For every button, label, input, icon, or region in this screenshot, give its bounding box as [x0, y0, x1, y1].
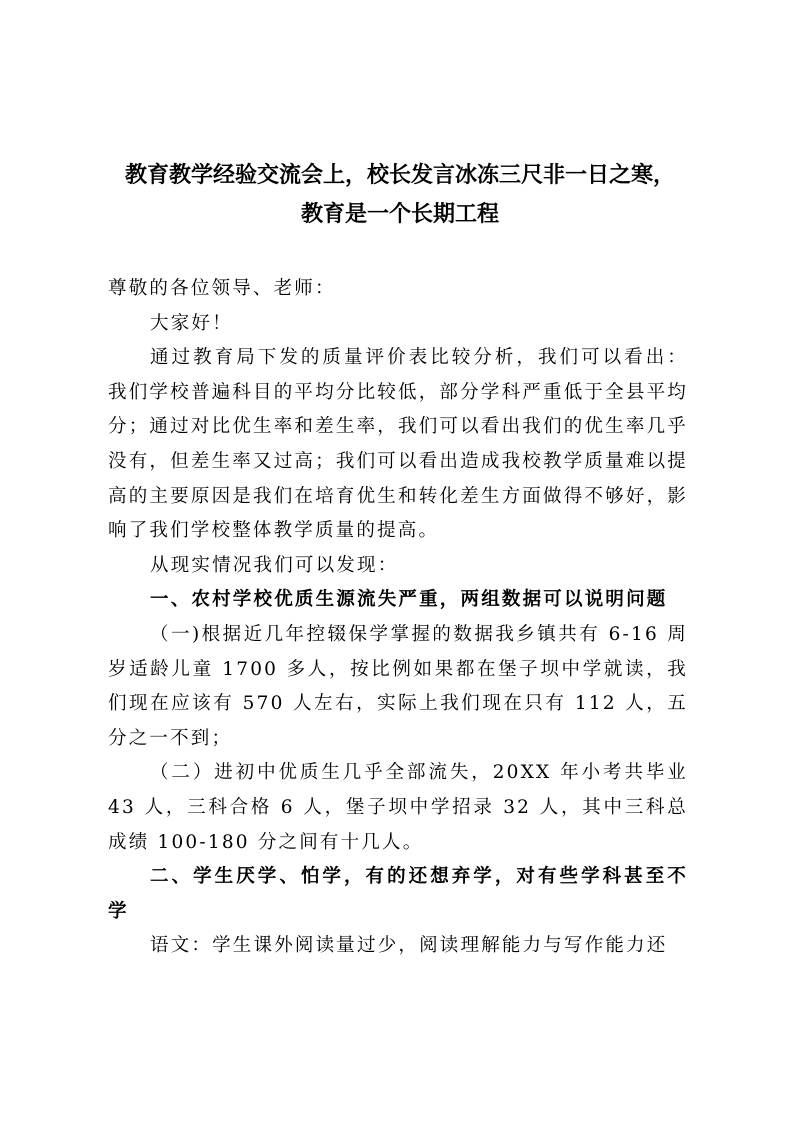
title-line-2: 教育是一个长期工程 [100, 195, 700, 234]
paragraph-intro: 从现实情况我们可以发现： [108, 549, 688, 584]
document-page: 教育教学经验交流会上，校长发言冰冻三尺非一日之寒， 教育是一个长期工程 尊敬的各… [0, 0, 793, 1122]
section-2-heading: 二、学生厌学、怕学，有的还想弃学，对有些学科甚至不学 [108, 860, 688, 929]
section-1-heading: 一、农村学校优质生源流失严重，两组数据可以说明问题 [108, 583, 688, 618]
paragraph-analysis: 通过教育局下发的质量评价表比较分析，我们可以看出：我们学校普遍科目的平均分比较低… [108, 341, 688, 549]
salutation: 尊敬的各位领导、老师： [108, 272, 688, 307]
section-1-item-1: （一)根据近几年控辍保学掌握的数据我乡镇共有 6-16 周岁适龄儿童 1700 … [108, 618, 688, 756]
section-1-item-2: （二）进初中优质生几乎全部流失，20XX 年小考共毕业 43 人，三科合格 6 … [108, 756, 688, 860]
document-body: 尊敬的各位领导、老师： 大家好！ 通过教育局下发的质量评价表比较分析，我们可以看… [108, 272, 688, 964]
section-2-item-1: 语文：学生课外阅读量过少，阅读理解能力与写作能力还 [108, 929, 688, 964]
greeting: 大家好！ [108, 307, 688, 342]
document-title: 教育教学经验交流会上，校长发言冰冻三尺非一日之寒， 教育是一个长期工程 [100, 156, 700, 234]
title-line-1: 教育教学经验交流会上，校长发言冰冻三尺非一日之寒， [100, 156, 700, 195]
